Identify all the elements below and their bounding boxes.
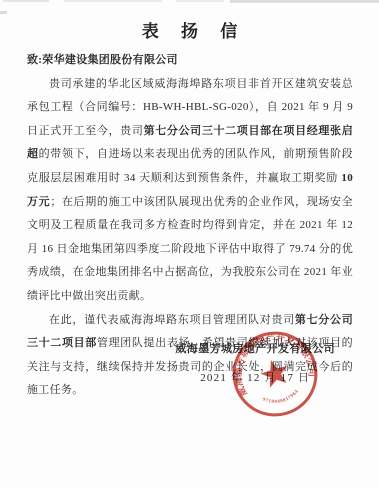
letter-title: 表 扬 信 [0,17,379,42]
scan-artifact [0,11,7,14]
paragraph-2-text: 在此，谨代表威海海埠路东项目管理团队对贵司 [49,314,295,326]
signature-date: 2021 年 12 月 17 日 [175,369,335,385]
paragraph-1-text: 的带领下，自进场以来表现出优秀的团队作风，前期预售阶段克服层层困难用时 34 天… [27,148,353,184]
letter-page: 表 扬 信 致:荣华建设集团股份有限公司 贵司承建的华北区域威海海埠路东项目非首… [0,0,379,488]
recipient-line: 致:荣华建设集团股份有限公司 [27,49,353,73]
scan-artifact [230,0,379,3]
scan-artifact [176,0,224,2]
paragraph-1: 贵司承建的华北区域威海海埠路东项目非首开区建筑安装总承包工程（合同编号：HB-W… [27,73,353,309]
scan-artifact [64,0,162,2]
paragraph-1-text: ；在后期的施工中该团队展现出优秀的企业作风，现场安全文明及工程质量在我司多方检查… [27,196,353,302]
signature-block: 威海墨芳城房地产开发有限公司 2021 年 12 月 17 日 [175,340,335,385]
signature-company: 威海墨芳城房地产开发有限公司 [175,340,335,356]
scan-artifact [3,0,49,2]
